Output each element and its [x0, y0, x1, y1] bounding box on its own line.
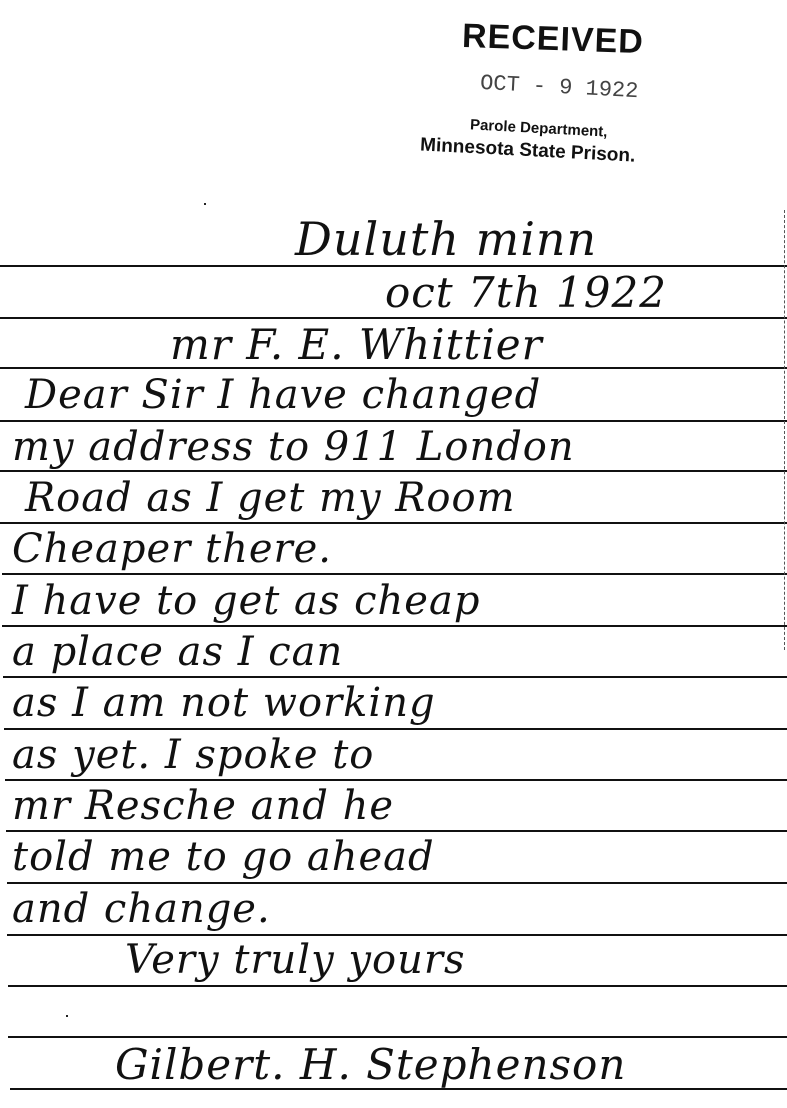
- letter-line: told me to go ahead: [12, 834, 435, 880]
- letter-line: Road as I get my Room: [25, 475, 516, 521]
- ruled-line: [8, 985, 787, 987]
- letter-date: oct 7th 1922: [385, 268, 667, 317]
- letter-line: as yet. I spoke to: [12, 732, 374, 778]
- letter-signature: Gilbert. H. Stephenson: [115, 1040, 626, 1089]
- speck: [204, 203, 206, 205]
- ruled-line: [0, 317, 787, 319]
- letter-addressee: mr F. E. Whittier: [170, 320, 543, 369]
- page-edge: [783, 210, 785, 650]
- letter-line: as I am not working: [12, 680, 436, 726]
- received-stamp-department: Parole Department,: [470, 116, 608, 140]
- ruled-line: [2, 625, 787, 627]
- ruled-line: [5, 779, 787, 781]
- letter-line: my address to 911 London: [12, 424, 575, 470]
- letter-line: Dear Sir I have changed: [25, 372, 541, 418]
- ruled-line: [0, 522, 787, 524]
- received-stamp-title: RECEIVED: [461, 17, 644, 62]
- letter-page: RECEIVED OCT - 9 1922 Parole Department,…: [0, 0, 787, 1108]
- received-stamp-date: OCT - 9 1922: [479, 71, 639, 104]
- letter-line: I have to get as cheap: [12, 578, 480, 624]
- ruled-line: [3, 676, 787, 678]
- ruled-line: [7, 882, 787, 884]
- letter-line: and change.: [12, 886, 271, 932]
- letter-place: Duluth minn: [295, 212, 597, 266]
- letter-line: mr Resche and he: [12, 783, 394, 829]
- ruled-line: [8, 1036, 787, 1038]
- ruled-line: [2, 573, 787, 575]
- speck: [66, 1015, 68, 1017]
- letter-closing: Very truly yours: [125, 937, 465, 983]
- letter-line: a place as I can: [12, 629, 343, 675]
- ruled-line: [0, 420, 787, 422]
- ruled-line: [0, 470, 787, 472]
- ruled-line: [4, 728, 787, 730]
- ruled-line: [7, 934, 787, 936]
- ruled-line: [6, 830, 787, 832]
- letter-line: Cheaper there.: [12, 526, 332, 572]
